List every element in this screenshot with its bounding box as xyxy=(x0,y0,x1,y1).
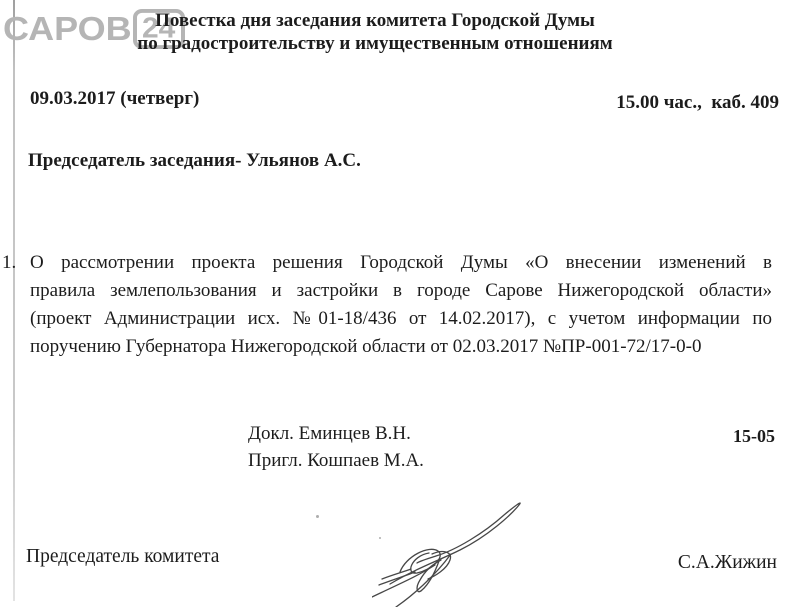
invitee-line: Пригл. Кошпаев М.А. xyxy=(248,447,424,474)
ink-speck xyxy=(379,537,381,539)
page-title: Повестка дня заседания комитета Городско… xyxy=(40,9,710,55)
agenda-item-number: 1. xyxy=(2,249,16,277)
handwritten-signature xyxy=(372,492,537,607)
agenda-text-line: правила землепользования и застройки в г… xyxy=(30,277,772,305)
title-line-1: Повестка дня заседания комитета Городско… xyxy=(40,9,710,32)
footer-role-label: Председатель комитета xyxy=(26,546,219,568)
scanned-document-page: САРОВ 24 Повестка дня заседания комитета… xyxy=(0,0,800,607)
meeting-time-room: 15.00 час., каб. 409 xyxy=(616,92,779,114)
scan-artifact-line xyxy=(13,0,15,601)
ink-speck xyxy=(316,515,319,518)
meeting-date: 09.03.2017 (четверг) xyxy=(30,88,199,110)
title-line-2: по градостроительству и имущественным от… xyxy=(40,32,710,55)
agenda-item-text: О рассмотрении проекта решения Городской… xyxy=(30,249,772,361)
footer-signer-name: С.А.Жижин xyxy=(678,552,777,574)
chairperson-line: Председатель заседания- Ульянов А.С. xyxy=(28,150,361,172)
agenda-time-code: 15-05 xyxy=(733,426,775,447)
reporter-line: Докл. Еминцев В.Н. xyxy=(248,420,424,447)
agenda-text-line: (проект Администрации исх. №01-18/436 от… xyxy=(30,305,772,333)
agenda-text-line: поручению Губернатора Нижегородской обла… xyxy=(30,333,772,361)
agenda-text-line: О рассмотрении проекта решения Городской… xyxy=(30,249,772,277)
reporter-block: Докл. Еминцев В.Н. Пригл. Кошпаев М.А. xyxy=(248,420,424,474)
